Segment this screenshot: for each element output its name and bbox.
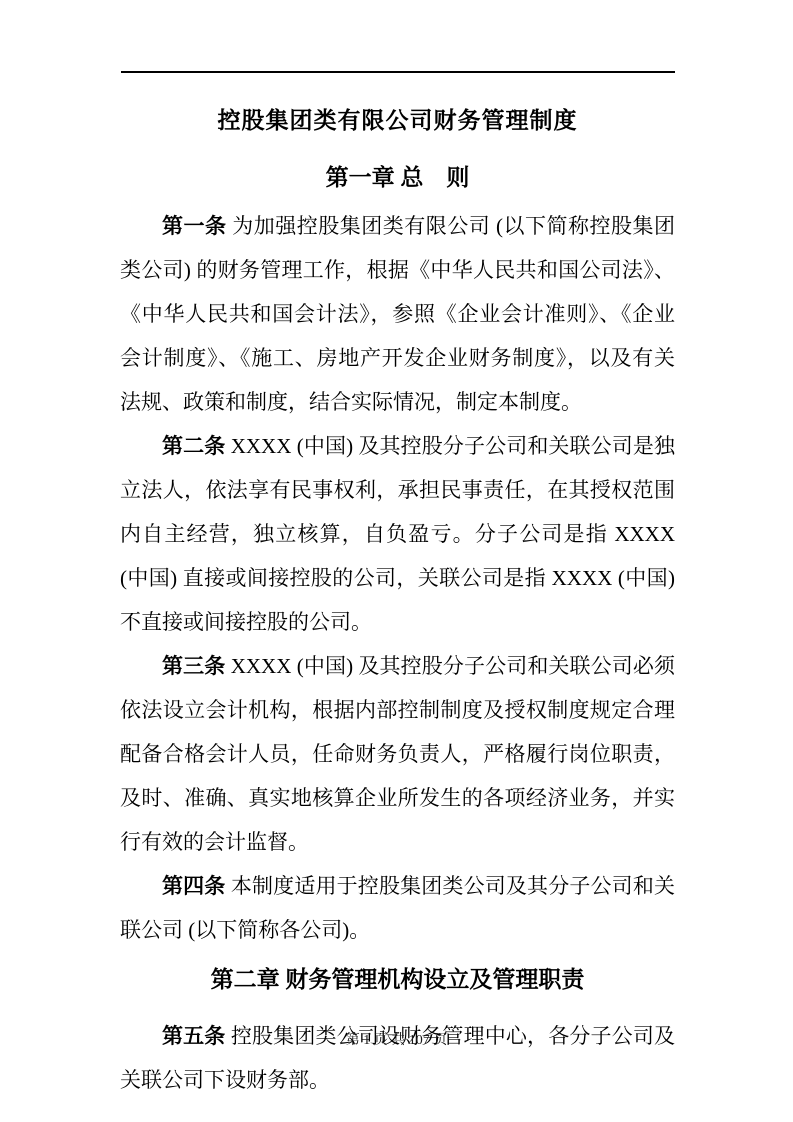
document-content: 控股集团类有限公司财务管理制度 第一章 总 则 第一条 为加强控股集团类有限公司…	[120, 90, 675, 1102]
article-3: 第三条 XXXX (中国) 及其控股分子公司和关联公司必须依法设立会计机构，根据…	[120, 644, 675, 864]
document-title: 控股集团类有限公司财务管理制度	[120, 102, 675, 138]
article-1: 第一条 为加强控股集团类有限公司 (以下简称控股集团类公司) 的财务管理工作，根…	[120, 204, 675, 424]
article-2-text: XXXX (中国) 及其控股分子公司和关联公司是独立法人，依法享有民事权利，承担…	[120, 434, 675, 634]
article-4-label: 第四条	[162, 874, 225, 898]
article-4: 第四条 本制度适用于控股集团类公司及其分子公司和关联公司 (以下简称各公司)。	[120, 864, 675, 952]
article-1-text: 为加强控股集团类有限公司 (以下简称控股集团类公司) 的财务管理工作，根据《中华…	[120, 214, 675, 414]
article-5: 第五条 控股集团类公司设财务管理中心，各分子公司及关联公司下设财务部。	[120, 1014, 675, 1102]
article-1-label: 第一条	[162, 214, 227, 238]
article-2: 第二条 XXXX (中国) 及其控股分子公司和关联公司是独立法人，依法享有民事权…	[120, 424, 675, 644]
chapter-one-heading: 第一章 总 则	[120, 160, 675, 196]
header-rule	[121, 71, 675, 73]
article-3-text: XXXX (中国) 及其控股分子公司和关联公司必须依法设立会计机构，根据内部控制…	[120, 654, 675, 854]
document-page: 控股集团类有限公司财务管理制度 第一章 总 则 第一条 为加强控股集团类有限公司…	[0, 0, 793, 1122]
article-2-label: 第二条	[162, 434, 225, 458]
chapter-two-heading: 第二章 财务管理机构设立及管理职责	[120, 962, 675, 998]
article-3-label: 第三条	[162, 654, 225, 678]
page-number-footer: 第 1 页 共 107 页	[0, 1032, 793, 1050]
